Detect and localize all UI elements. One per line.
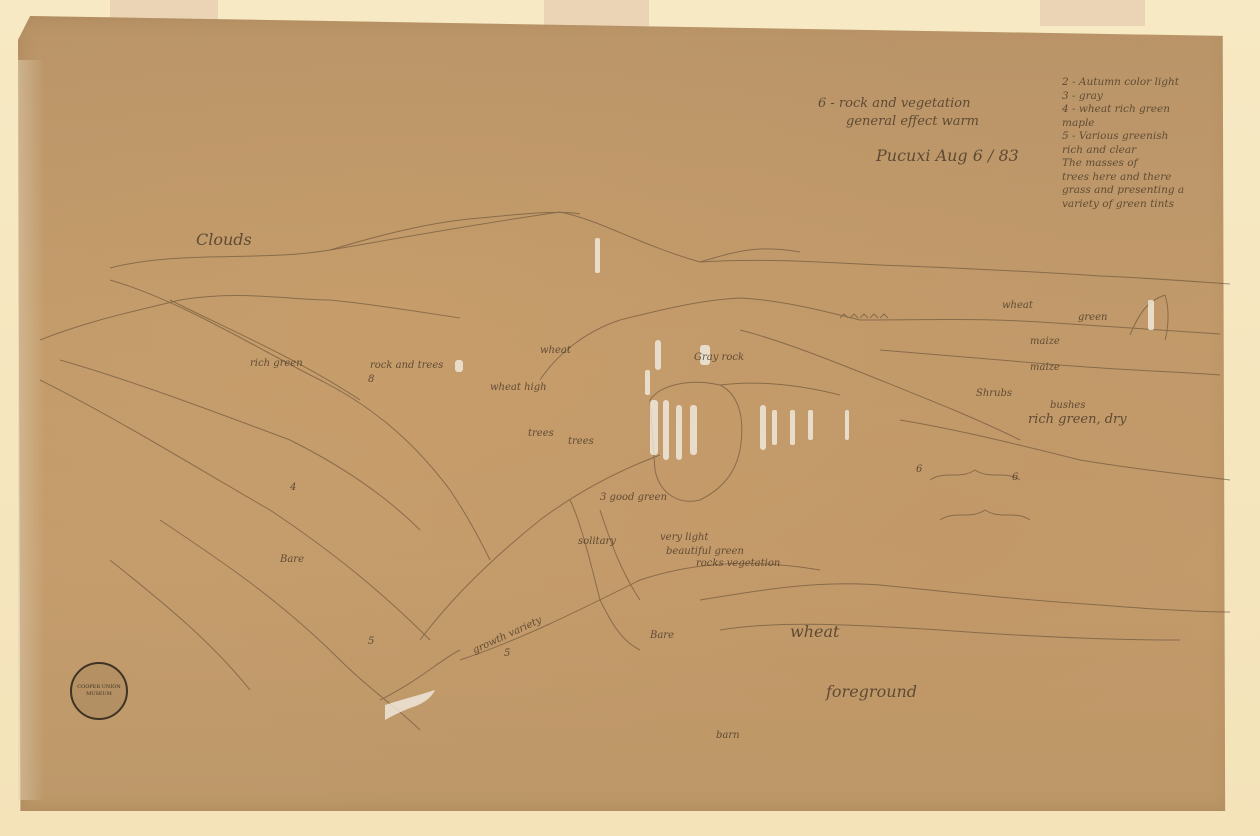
label-bare-bottom: Bare bbox=[650, 630, 674, 641]
label-clouds: Clouds bbox=[196, 230, 252, 249]
label-green-right: green bbox=[1078, 312, 1107, 323]
legend-line: 2 - Autumn color light bbox=[1062, 76, 1222, 90]
label-beautiful-green: beautiful green bbox=[666, 546, 744, 557]
label-good-green: 3 good green bbox=[600, 492, 667, 503]
label-rich-green-left: rich green bbox=[250, 358, 303, 369]
label-foreground: foreground bbox=[826, 682, 917, 701]
legend-line: grass and presenting a bbox=[1062, 184, 1222, 198]
color-legend-notes: 2 - Autumn color light 3 - gray 4 - whea… bbox=[1062, 76, 1222, 211]
label-number-6a: 6 bbox=[916, 464, 922, 475]
legend-line: trees here and there bbox=[1062, 171, 1222, 185]
label-wheat-bottom: wheat bbox=[790, 622, 839, 641]
annotation-date: Pucuxi Aug 6 / 83 bbox=[876, 146, 1019, 165]
label-number-8: 8 bbox=[368, 374, 374, 385]
legend-line: 4 - wheat rich green bbox=[1062, 103, 1222, 117]
label-number-4: 4 bbox=[290, 482, 296, 493]
legend-line: variety of green tints bbox=[1062, 198, 1222, 212]
label-very-light: very light bbox=[660, 532, 708, 543]
label-number-5a: 5 bbox=[368, 636, 374, 647]
label-solitary: solitary bbox=[578, 536, 616, 547]
legend-line: 5 - Various greenish bbox=[1062, 130, 1222, 144]
annotation-header-line1: 6 - rock and vegetation bbox=[818, 96, 970, 111]
label-gray-rock: Gray rock bbox=[694, 352, 744, 363]
legend-line: The masses of bbox=[1062, 157, 1222, 171]
label-barn: barn bbox=[716, 730, 740, 741]
label-bushes: bushes bbox=[1050, 400, 1085, 411]
stamp-text: COOPER UNION MUSEUM bbox=[72, 684, 126, 698]
legend-line: 3 - gray bbox=[1062, 90, 1222, 104]
legend-line: maple bbox=[1062, 117, 1222, 131]
label-wheat-right: wheat bbox=[1002, 300, 1033, 311]
label-rich-green-dry: rich green, dry bbox=[1028, 412, 1127, 427]
label-maize-2: maize bbox=[1030, 362, 1060, 373]
label-rock-and-trees: rock and trees bbox=[370, 360, 443, 371]
label-maize-1: maize bbox=[1030, 336, 1060, 347]
label-rocks-vegetation: rocks vegetation bbox=[696, 558, 780, 569]
label-wheat-high: wheat high bbox=[490, 382, 547, 393]
label-shrubs: Shrubs bbox=[976, 388, 1012, 399]
collection-stamp: COOPER UNION MUSEUM bbox=[70, 662, 128, 720]
annotation-header-line2: general effect warm bbox=[846, 114, 979, 129]
label-wheat-top: wheat bbox=[540, 345, 571, 356]
label-trees-2: trees bbox=[568, 436, 594, 447]
label-number-5b: 5 bbox=[504, 648, 510, 659]
label-trees-1: trees bbox=[528, 428, 554, 439]
legend-line: rich and clear bbox=[1062, 144, 1222, 158]
label-number-6b: 6 bbox=[1012, 472, 1018, 483]
label-bare: Bare bbox=[280, 554, 304, 565]
